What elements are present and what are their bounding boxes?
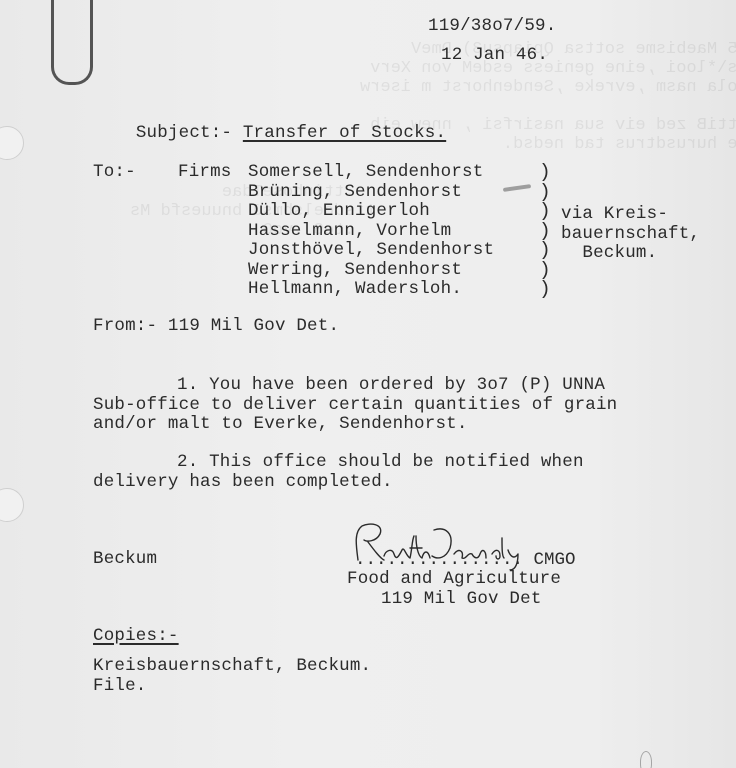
paperclip-mark	[51, 0, 93, 85]
from-value: 119 Mil Gov Det.	[168, 316, 339, 336]
recipient-item: Brüning, Sendenhorst	[248, 183, 462, 203]
recipient-item: Hellmann, Wadersloh.	[248, 280, 462, 300]
document-page: 1.) 85 Maebisme sottsa Qpiapsu3) DmeV Ms…	[0, 0, 736, 768]
recipient-item: Düllo, Ennigerloh	[248, 202, 430, 222]
copies-item: File.	[93, 677, 147, 697]
firms-prefix: Firms	[178, 163, 232, 183]
dept-line-1: Food and Agriculture	[347, 570, 561, 590]
subject-title: Transfer of Stocks.	[243, 123, 446, 143]
recipient-item: Hasselmann, Vorhelm	[248, 222, 451, 242]
closing-brace: ) ) ) ) ) ) )	[539, 163, 553, 300]
via-line: via Kreis-	[561, 205, 668, 225]
to-label: To:-	[93, 163, 136, 183]
from-line: From:- 119 Mil Gov Det.	[93, 317, 339, 337]
paragraph-line: Sub-office to deliver certain quantities…	[93, 396, 617, 416]
from-label: From:-	[93, 316, 157, 336]
reference-number: 119/38o7/59.	[428, 17, 556, 37]
signoff-title: CMGO	[534, 550, 576, 570]
document-date: 12 Jan 46.	[441, 46, 548, 66]
subject-label: Subject:-	[136, 123, 232, 143]
copies-label: Copies:-	[93, 627, 179, 647]
copies-item: Kreisbauernschaft, Beckum.	[93, 657, 371, 677]
signoff-place: Beckum	[93, 550, 157, 570]
paragraph-line: delivery has been completed.	[93, 473, 393, 493]
via-line: Beckum.	[561, 244, 657, 264]
pencil-mark	[640, 751, 652, 768]
signature-dots: ................	[355, 550, 523, 570]
signature-line: ................ CMGO	[355, 551, 576, 571]
paragraph-first-line: 2. This office should be notified when	[177, 453, 584, 473]
subject-line: Subject:- Transfer of Stocks.	[93, 104, 446, 143]
punch-hole-bottom	[0, 488, 24, 522]
recipient-item: Werring, Sendenhorst	[248, 261, 462, 281]
paragraph-line: and/or malt to Everke, Sendenhorst.	[93, 415, 468, 435]
recipient-item: Jonsthövel, Sendenhorst	[248, 241, 494, 261]
paragraph-first-line: 1. You have been ordered by 3o7 (P) UNNA	[177, 376, 605, 396]
recipient-item: Somersell, Sendenhorst	[248, 163, 483, 183]
ink-smudge	[503, 184, 531, 192]
punch-hole-top	[0, 126, 24, 160]
dept-line-2: 119 Mil Gov Det	[381, 590, 542, 610]
via-line: bauernschaft,	[561, 225, 700, 245]
